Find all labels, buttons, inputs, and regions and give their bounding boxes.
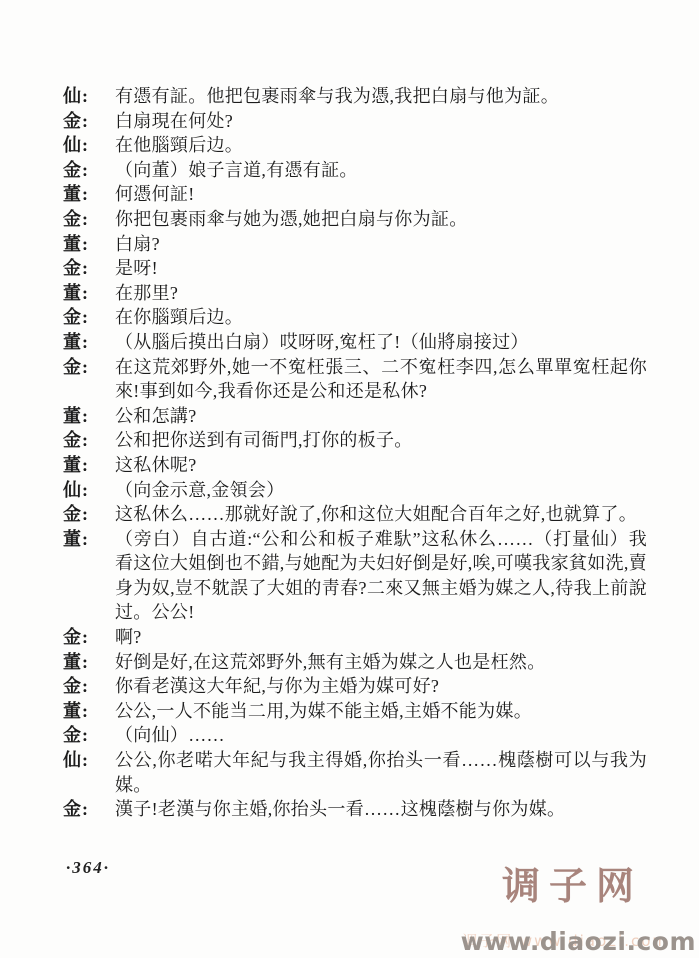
dialogue-text: 在他腦頸后边。 (115, 133, 647, 158)
dialogue-text: 你把包裹雨傘与她为憑,她把白扇与你为証。 (115, 207, 647, 232)
watermark: 调子网 调子网 www.diaozi.com www.diaozi.com (419, 853, 699, 958)
dialogue-text: 好倒是好,在这荒郊野外,無有主婚为媒之人也是枉然。 (115, 650, 647, 675)
speaker-label: 金: (63, 502, 115, 527)
speaker-label: 董: (63, 330, 115, 355)
dialogue-text: 是呀! (115, 256, 647, 281)
dialogue-entry: 金: 你看老漢这大年紀,与你为主婚为媒可好? (63, 674, 647, 699)
speaker-label: 金: (63, 428, 115, 453)
dialogue-text: （从腦后摸出白扇）哎呀呀,寃枉了!（仙將扇接过） (115, 330, 647, 355)
dialogue-entry: 董: 公和怎講? (63, 404, 647, 429)
dialogue-text: （向金示意,金領会） (115, 478, 647, 503)
speaker-label: 董: (63, 404, 115, 429)
dialogue-entry: 仙: 公公,你老喏大年紀与我主得婚,你抬头一看……槐蔭樹可以与我为媒。 (63, 748, 647, 797)
dialogue-entry: 金: 在这荒郊野外,她一不寃枉張三、二不寃枉李四,怎么單單寃枉起你來!事到如今,… (63, 355, 647, 404)
dialogue-text: 在这荒郊野外,她一不寃枉張三、二不寃枉李四,怎么單單寃枉起你來!事到如今,我看你… (115, 355, 647, 404)
speaker-label: 仙: (63, 84, 115, 109)
dialogue-text: （旁白）自古道:“公和公和板子难馱”这私休么……（打量仙）我看这位大姐倒也不錯,… (115, 527, 647, 625)
dialogue-text: 公和怎講? (115, 404, 647, 429)
speaker-label: 董: (63, 453, 115, 478)
watermark-ghost-text: 调子网 www.diaozi.com (462, 930, 669, 951)
speaker-label: 金: (63, 109, 115, 134)
speaker-label: 金: (63, 158, 115, 183)
dialogue-text: 公和把你送到有司衙門,打你的板子。 (115, 428, 647, 453)
dialogue-text: 这私休么……那就好說了,你和这位大姐配合百年之好,也就算了。 (115, 502, 647, 527)
dialogue-text: 公公,一人不能当二用,为媒不能主婚,主婚不能为媒。 (115, 699, 647, 724)
dialogue-text: 在那里? (115, 281, 647, 306)
speaker-label: 金: (63, 625, 115, 650)
speaker-label: 仙: (63, 748, 115, 773)
speaker-label: 董: (63, 182, 115, 207)
dialogue-entry: 董: 好倒是好,在这荒郊野外,無有主婚为媒之人也是枉然。 (63, 650, 647, 675)
dialogue-text: 你看老漢这大年紀,与你为主婚为媒可好? (115, 674, 647, 699)
dialogue-entry: 董: 何憑何証! (63, 182, 647, 207)
watermark-site-name: 调子网 (502, 867, 643, 905)
dialogue-text: （向仙）…… (115, 723, 647, 748)
speaker-label: 金: (63, 674, 115, 699)
speaker-label: 金: (63, 723, 115, 748)
dialogue-entry: 董: 公公,一人不能当二用,为媒不能主婚,主婚不能为媒。 (63, 699, 647, 724)
dialogue-text: 在你腦頸后边。 (115, 305, 647, 330)
dialogue-text: 漢子!老漢与你主婚,你抬头一看……这槐蔭樹与你为媒。 (115, 797, 647, 822)
dialogue-text: 公公,你老喏大年紀与我主得婚,你抬头一看……槐蔭樹可以与我为媒。 (115, 748, 647, 797)
dialogue-text: 白扇現在何处? (115, 109, 647, 134)
dialogue-entry: 金: 这私休么……那就好說了,你和这位大姐配合百年之好,也就算了。 (63, 502, 647, 527)
dialogue-text: 啊? (115, 625, 647, 650)
dialogue-entry: 金: 白扇現在何处? (63, 109, 647, 134)
book-page: 仙: 有憑有証。他把包裹雨傘与我为憑,我把白扇与他为証。 金: 白扇現在何处? … (0, 0, 699, 958)
dialogue-entry: 仙: （向金示意,金領会） (63, 478, 647, 503)
dialogue-entry: 金: 是呀! (63, 256, 647, 281)
dialogue-text: 何憑何証! (115, 182, 647, 207)
speaker-label: 仙: (63, 133, 115, 158)
speaker-label: 金: (63, 797, 115, 822)
page-footer: ·364· (66, 858, 110, 878)
dialogue-entry: 金: （向仙）…… (63, 723, 647, 748)
speaker-label: 董: (63, 527, 115, 552)
dialogue-entry: 金: （向董）娘子言道,有憑有証。 (63, 158, 647, 183)
dialogue-list: 仙: 有憑有証。他把包裹雨傘与我为憑,我把白扇与他为証。 金: 白扇現在何处? … (63, 84, 647, 822)
dialogue-text: 白扇? (115, 232, 647, 257)
speaker-label: 董: (63, 650, 115, 675)
dialogue-entry: 董: 这私休呢? (63, 453, 647, 478)
speaker-label: 董: (63, 232, 115, 257)
dialogue-entry: 董: 白扇? (63, 232, 647, 257)
dialogue-entry: 金: 公和把你送到有司衙門,打你的板子。 (63, 428, 647, 453)
dialogue-entry: 仙: 有憑有証。他把包裹雨傘与我为憑,我把白扇与他为証。 (63, 84, 647, 109)
speaker-label: 金: (63, 207, 115, 232)
speaker-label: 金: (63, 355, 115, 380)
dialogue-text: （向董）娘子言道,有憑有証。 (115, 158, 647, 183)
speaker-label: 董: (63, 281, 115, 306)
speaker-label: 金: (63, 256, 115, 281)
page-number: ·364· (66, 858, 110, 877)
dialogue-text: 这私休呢? (115, 453, 647, 478)
dialogue-entry: 金: 啊? (63, 625, 647, 650)
speaker-label: 金: (63, 305, 115, 330)
dialogue-entry: 董: （从腦后摸出白扇）哎呀呀,寃枉了!（仙將扇接过） (63, 330, 647, 355)
watermark-site-url: www.diaozi.com (461, 929, 696, 954)
dialogue-text: 有憑有証。他把包裹雨傘与我为憑,我把白扇与他为証。 (115, 84, 647, 109)
dialogue-entry: 金: 在你腦頸后边。 (63, 305, 647, 330)
dialogue-entry: 金: 你把包裹雨傘与她为憑,她把白扇与你为証。 (63, 207, 647, 232)
dialogue-entry: 董: 在那里? (63, 281, 647, 306)
speaker-label: 仙: (63, 478, 115, 503)
dialogue-entry: 仙: 在他腦頸后边。 (63, 133, 647, 158)
dialogue-entry: 董: （旁白）自古道:“公和公和板子难馱”这私休么……（打量仙）我看这位大姐倒也… (63, 527, 647, 625)
dialogue-entry: 金: 漢子!老漢与你主婚,你抬头一看……这槐蔭樹与你为媒。 (63, 797, 647, 822)
speaker-label: 董: (63, 699, 115, 724)
